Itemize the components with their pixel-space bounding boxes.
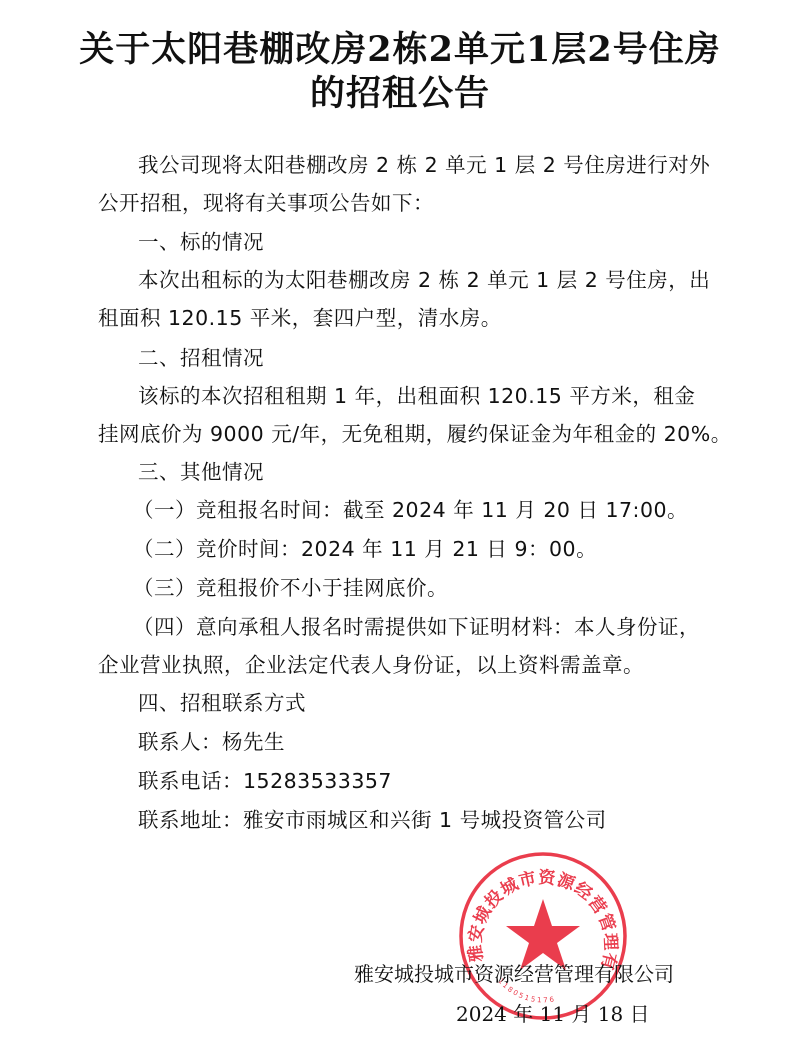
company-seal-stamp: 雅安城投城市资源经营管理有限公司 1180515176	[458, 851, 628, 1021]
section4-heading: 四、招租联系方式	[138, 686, 306, 716]
section2-heading: 二、招租情况	[138, 341, 264, 371]
section3-item4-line1: （四）意向承租人报名时需提供如下证明材料：本人身份证，	[133, 610, 700, 640]
section3-item3: （三）竞租报价不小于挂网底价。	[133, 571, 448, 601]
signature-organization: 雅安城投城市资源经营管理有限公司	[354, 958, 674, 987]
section2-text-line2: 挂网底价为 9000 元/年，无免租期，履约保证金为年租金的 20%。	[98, 417, 732, 447]
intro-paragraph-line2: 公开招租，现将有关事项公告如下：	[98, 186, 434, 216]
intro-paragraph-line1: 我公司现将太阳巷棚改房 2 栋 2 单元 1 层 2 号住房进行对外	[138, 148, 710, 178]
section3-item2: （二）竞价时间：2024 年 11 月 21 日 9：00。	[133, 532, 597, 562]
contact-phone: 联系电话：15283533357	[138, 764, 392, 794]
section3-item1: （一）竞租报名时间：截至 2024 年 11 月 20 日 17:00。	[133, 493, 688, 523]
section1-text-line1: 本次出租标的为太阳巷棚改房 2 栋 2 单元 1 层 2 号住房，出	[138, 263, 710, 293]
contact-address: 联系地址：雅安市雨城区和兴街 1 号城投资管公司	[138, 803, 607, 833]
signature-date: 2024 年 11 月 18 日	[456, 998, 650, 1027]
document-title-line1: 关于太阳巷棚改房2栋2单元1层2号住房	[0, 22, 800, 72]
section1-text-line2: 租面积 120.15 平米，套四户型，清水房。	[98, 301, 502, 331]
section3-heading: 三、其他情况	[138, 455, 264, 485]
document-title-line2: 的招租公告	[0, 66, 800, 116]
section2-text-line1: 该标的本次招租租期 1 年，出租面积 120.15 平方米，租金	[138, 379, 695, 409]
section3-item4-line2: 企业营业执照，企业法定代表人身份证，以上资料需盖章。	[98, 648, 644, 678]
section1-heading: 一、标的情况	[138, 225, 264, 255]
contact-person: 联系人：杨先生	[138, 725, 285, 755]
